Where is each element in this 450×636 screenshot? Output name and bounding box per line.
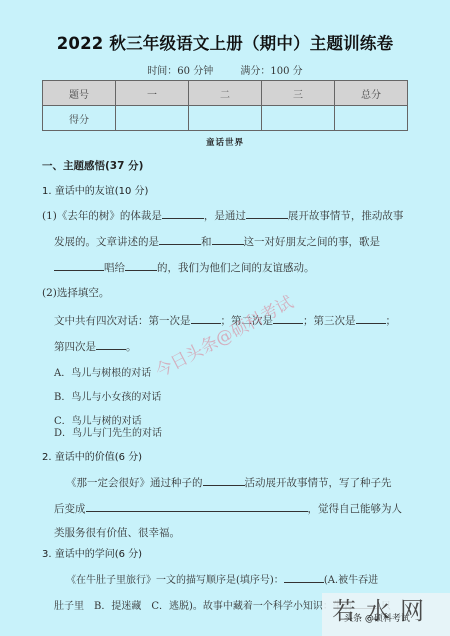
text: 第四次是 bbox=[54, 341, 96, 353]
corner-watermark-text: 头条 @硕科考试 bbox=[344, 611, 410, 624]
answer-blank[interactable] bbox=[54, 259, 104, 271]
score-cell bbox=[335, 106, 408, 131]
section-title: 一、主题感悟(37 分) bbox=[42, 158, 143, 173]
text: (1)《去年的树》的体裁是 bbox=[42, 210, 162, 222]
text: ； bbox=[386, 315, 397, 327]
score-header-cell: 题号 bbox=[43, 81, 116, 106]
score-header-cell: 三 bbox=[262, 81, 335, 106]
answer-blank[interactable] bbox=[191, 312, 221, 324]
exam-full-score: 满分：100 分 bbox=[240, 66, 302, 77]
text: 肚子里 B．提迷藏 C．逃脱)。故事中藏着一个科学小知识：牛有 bbox=[54, 601, 353, 612]
diagonal-watermark: 今日头条@硕科考试 bbox=[150, 288, 297, 382]
question-1-title: 1. 童话中的友谊(10 分) bbox=[42, 182, 148, 197]
q1-line-1: (1)《去年的树》的体裁是，是通过展开故事情节，推动故事 bbox=[42, 207, 403, 223]
score-cell bbox=[189, 106, 262, 131]
answer-blank[interactable] bbox=[356, 312, 386, 324]
option-b: B．鸟儿与小女孩的对话 bbox=[54, 388, 161, 403]
text: 唱给 bbox=[104, 262, 125, 274]
answer-blank[interactable] bbox=[284, 571, 324, 583]
theme-heading: 童话世界 bbox=[0, 136, 450, 148]
exam-meta: 时间：60 分钟 满分：100 分 bbox=[0, 62, 450, 77]
q1-sub2-line-2: 第四次是。 bbox=[54, 338, 137, 354]
text: 。 bbox=[126, 341, 137, 353]
answer-blank[interactable] bbox=[212, 233, 244, 245]
score-cell bbox=[262, 106, 335, 131]
score-table: 题号 一 二 三 总分 得分 bbox=[42, 80, 408, 131]
question-2-title: 2. 童话中的价值(6 分) bbox=[42, 448, 142, 463]
text: 这一对好朋友之间的事，歌是 bbox=[244, 236, 381, 248]
q1-line-2: 发展的。文章讲述的是和这一对好朋友之间的事，歌是 bbox=[54, 233, 380, 249]
text: 展开故事情节，推动故事 bbox=[288, 210, 404, 222]
question-3-title: 3. 童话中的学问(6 分) bbox=[42, 545, 142, 560]
q1-line-3: 唱给的，我们为他们之间的友谊感动。 bbox=[54, 259, 315, 275]
q2-line-3: 类服务很有价值、很幸福。 bbox=[54, 525, 180, 540]
text: 文中共有四次对话：第一次是 bbox=[54, 315, 191, 327]
text: 发展的。文章讲述的是 bbox=[54, 236, 159, 248]
q1-sub2-title: (2)选择填空。 bbox=[42, 285, 109, 300]
option-d: D．鸟儿与门先生的对话 bbox=[54, 424, 162, 439]
q3-line-1: 《在牛肚子里旅行》一文的描写顺序是(填序号)：(A.被牛吞进 bbox=[66, 571, 378, 586]
score-header-cell: 一 bbox=[116, 81, 189, 106]
text: ，觉得自己能够为人 bbox=[308, 503, 403, 515]
score-table-row: 得分 bbox=[43, 106, 408, 131]
option-a: A．鸟儿与树根的对话 bbox=[54, 364, 151, 379]
corner-watermark: 若水网 头条 @硕科考试 bbox=[322, 593, 450, 636]
exam-time: 时间：60 分钟 bbox=[147, 66, 213, 77]
text: 《那一定会很好》通过种子的 bbox=[66, 477, 203, 489]
answer-blank[interactable] bbox=[86, 500, 308, 512]
text: (A.被牛吞进 bbox=[324, 575, 378, 586]
exam-title: 2022 秋三年级语文上册（期中）主题训练卷 bbox=[0, 30, 450, 54]
text: ；第三次是 bbox=[303, 315, 356, 327]
answer-blank[interactable] bbox=[125, 259, 157, 271]
answer-blank[interactable] bbox=[162, 207, 204, 219]
q2-line-2: 后变成，觉得自己能够为人 bbox=[54, 500, 402, 516]
score-header-cell: 总分 bbox=[335, 81, 408, 106]
text: 的，我们为他们之间的友谊感动。 bbox=[157, 262, 315, 274]
text: 和 bbox=[201, 236, 212, 248]
answer-blank[interactable] bbox=[246, 207, 288, 219]
text: ，是通过 bbox=[204, 210, 246, 222]
text: 活动展开故事情节，写了种子先 bbox=[245, 477, 392, 489]
answer-blank[interactable] bbox=[96, 338, 126, 350]
text: 《在牛肚子里旅行》一文的描写顺序是(填序号)： bbox=[66, 575, 284, 586]
answer-blank[interactable] bbox=[203, 474, 245, 486]
score-table-header-row: 题号 一 二 三 总分 bbox=[43, 81, 408, 106]
text: 后变成 bbox=[54, 503, 86, 515]
answer-blank[interactable] bbox=[159, 233, 201, 245]
score-cell: 得分 bbox=[43, 106, 116, 131]
score-cell bbox=[116, 106, 189, 131]
score-header-cell: 二 bbox=[189, 81, 262, 106]
q2-line-1: 《那一定会很好》通过种子的活动展开故事情节，写了种子先 bbox=[66, 474, 392, 490]
